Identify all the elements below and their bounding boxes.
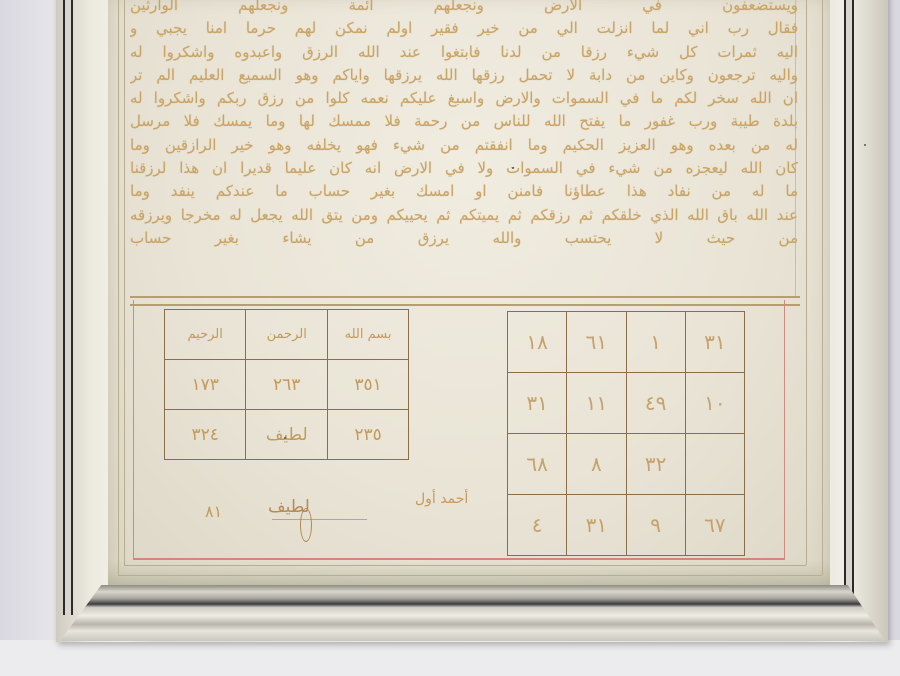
square-cell: ٣١ xyxy=(508,373,567,434)
scribe-mark: ٨١ xyxy=(205,502,222,521)
table-cell: لطيف xyxy=(246,410,328,460)
table-row: بسم الله الرحمن الرحيم xyxy=(165,310,409,360)
margin-rule-right-outer xyxy=(822,0,823,575)
margin-rule-bottom-inner xyxy=(124,565,806,566)
frame-inlay-right xyxy=(844,0,854,600)
margin-rule-left-outer xyxy=(118,0,119,575)
square-cell: ٨ xyxy=(567,434,626,495)
square-cell: ٤٩ xyxy=(626,373,685,434)
square-cell: ٦٧ xyxy=(685,495,744,556)
square-cell: ١ xyxy=(626,312,685,373)
table-cell: بسم الله xyxy=(328,310,409,360)
square-cell: ٣١ xyxy=(567,495,626,556)
signature-flourish xyxy=(272,519,367,520)
text-line: من حيث لا يحتسب والله يرزق من يشاء بغير … xyxy=(130,227,798,250)
square-cell: ١١ xyxy=(567,373,626,434)
square-cell: ١٠ xyxy=(685,373,744,434)
square-cell: ٦٨ xyxy=(508,434,567,495)
paper-shadow xyxy=(108,560,830,585)
margin-rule-right-inner xyxy=(806,0,807,565)
text-line: اليه ثمرات كل شيء رزقا من لدنا فابتغوا ع… xyxy=(130,41,798,64)
square-cell: ٤ xyxy=(508,495,567,556)
magic-square-grid: ٣١ ١ ٦١ ١٨ ١٠ ٤٩ ١١ ٣١ ٣٢ ٨ ٦٨ ٦٧ ٩ ٣١ ٤ xyxy=(507,311,745,556)
text-line: له من بعده وهو العزيز الحكيم وما انفقتم … xyxy=(130,134,798,157)
frame-inlay-left xyxy=(63,0,73,615)
ink-speck xyxy=(284,437,286,439)
wall-background xyxy=(0,640,900,676)
square-cell: ١٨ xyxy=(508,312,567,373)
calligraphy-text-block: ويستضعفون في الارض ونجعلهم ائمة ونجعلهم … xyxy=(130,0,798,250)
text-line: ما له من نفاد هذا عطاؤنا فامنن او امسك ب… xyxy=(130,180,798,203)
text-line: واليه ترجعون وكاين من دابة لا تحمل رزقها… xyxy=(130,64,798,87)
table-cell: ٢٦٣ xyxy=(246,360,328,410)
table-cell: ٢٣٥ xyxy=(328,410,409,460)
text-line: فقال رب اني لما انزلت الي من خير فقير او… xyxy=(130,17,798,40)
table-cell: الرحيم xyxy=(165,310,246,360)
square-cell: ٣١ xyxy=(685,312,744,373)
table-row: ٣١ ١ ٦١ ١٨ xyxy=(508,312,745,373)
table-row: ١٠ ٤٩ ١١ ٣١ xyxy=(508,373,745,434)
ink-speck xyxy=(512,167,514,169)
margin-rule-left-inner xyxy=(124,0,125,565)
text-line: عند الله باق الله الذي خلقكم ثم رزقكم ثم… xyxy=(130,204,798,227)
table-row: ٣٢ ٨ ٦٨ xyxy=(508,434,745,495)
square-caption: أحمد أول xyxy=(415,491,468,507)
text-line: بلدة طيبة ورب غفور ما يفتح الله للناس من… xyxy=(130,110,798,133)
text-line: كان الله ليعجزه من شيء في السموات ولا في… xyxy=(130,157,798,180)
basmala-numeric-table: بسم الله الرحمن الرحيم ٣٥١ ٢٦٣ ١٧٣ ٢٣٥ ل… xyxy=(164,309,409,460)
frame-bottom-molding xyxy=(60,585,885,641)
table-row: ٣٥١ ٢٦٣ ١٧٣ xyxy=(165,360,409,410)
margin-rule-bottom-outer xyxy=(118,575,822,576)
table-cell: ٣٢٤ xyxy=(165,410,246,460)
table-cell: الرحمن xyxy=(246,310,328,360)
square-cell: ٦١ xyxy=(567,312,626,373)
table-row: ٦٧ ٩ ٣١ ٤ xyxy=(508,495,745,556)
frame-speck xyxy=(864,144,866,146)
text-line: ان الله سخر لكم ما في السموات والارض واس… xyxy=(130,87,798,110)
table-cell: ١٧٣ xyxy=(165,360,246,410)
table-cell: ٣٥١ xyxy=(328,360,409,410)
text-line: ويستضعفون في الارض ونجعلهم ائمة ونجعلهم … xyxy=(130,0,798,17)
signature-loop xyxy=(300,508,312,542)
square-cell: ٣٢ xyxy=(626,434,685,495)
table-row: ٢٣٥ لطيف ٣٢٤ xyxy=(165,410,409,460)
square-cell xyxy=(685,434,744,495)
square-cell: ٩ xyxy=(626,495,685,556)
